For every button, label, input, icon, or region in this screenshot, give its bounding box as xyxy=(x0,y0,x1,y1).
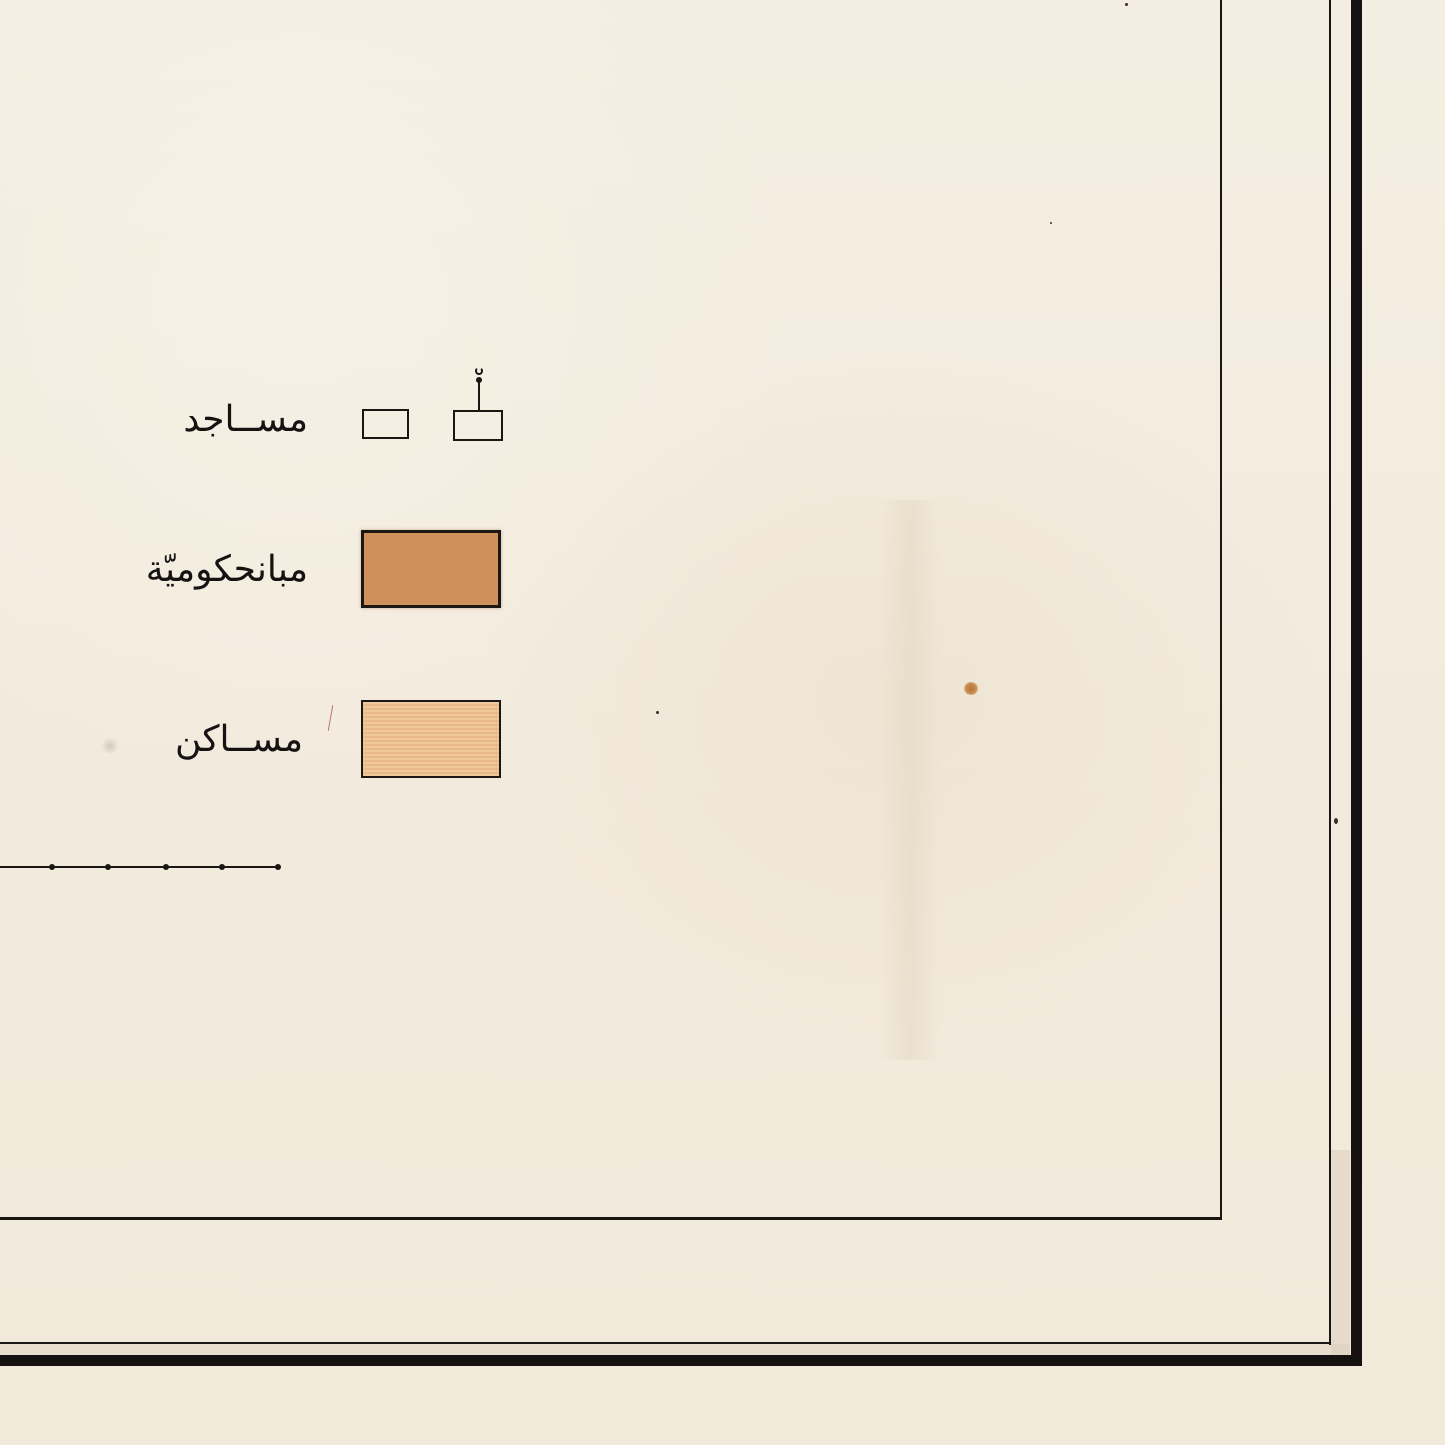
legend-label-government-buildings: مبانحكوميّة xyxy=(146,552,308,588)
outer-thick-frame-vertical xyxy=(1351,0,1362,1366)
scale-tick-dot xyxy=(219,864,225,870)
legend-label-mosques: مســاجد xyxy=(183,402,308,438)
scale-bar-line xyxy=(0,866,280,868)
outer-thick-frame-horizontal xyxy=(0,1355,1362,1366)
minaret-stem-icon xyxy=(478,382,480,412)
border-gap-shading xyxy=(1331,1150,1350,1355)
crescent-icon xyxy=(475,367,483,375)
paper-fold-crease xyxy=(880,500,940,1060)
scale-tick-dot xyxy=(105,864,111,870)
legend-label-residences: مســاكن xyxy=(175,722,303,758)
plain-outline-rect-icon xyxy=(362,409,409,439)
inner-neat-line-vertical xyxy=(1220,0,1222,1220)
government-buildings-swatch xyxy=(361,530,501,608)
border-gap-shading-horizontal xyxy=(0,1344,1350,1355)
mosque-outline-rect-icon xyxy=(453,410,503,441)
scale-end-dot xyxy=(275,864,281,870)
ink-speck xyxy=(1125,3,1128,6)
ink-speck xyxy=(1050,222,1052,224)
scale-tick-dot xyxy=(49,864,55,870)
middle-border-line-vertical xyxy=(1329,0,1331,1345)
grey-smudge xyxy=(100,738,120,754)
middle-border-line-horizontal xyxy=(0,1342,1331,1344)
foxing-stain xyxy=(964,682,978,695)
residences-hatched-swatch xyxy=(361,700,501,778)
scale-tick-dot xyxy=(163,864,169,870)
inner-neat-line-horizontal xyxy=(0,1217,1222,1220)
ink-speck xyxy=(656,711,659,714)
ink-speck xyxy=(1334,818,1338,824)
